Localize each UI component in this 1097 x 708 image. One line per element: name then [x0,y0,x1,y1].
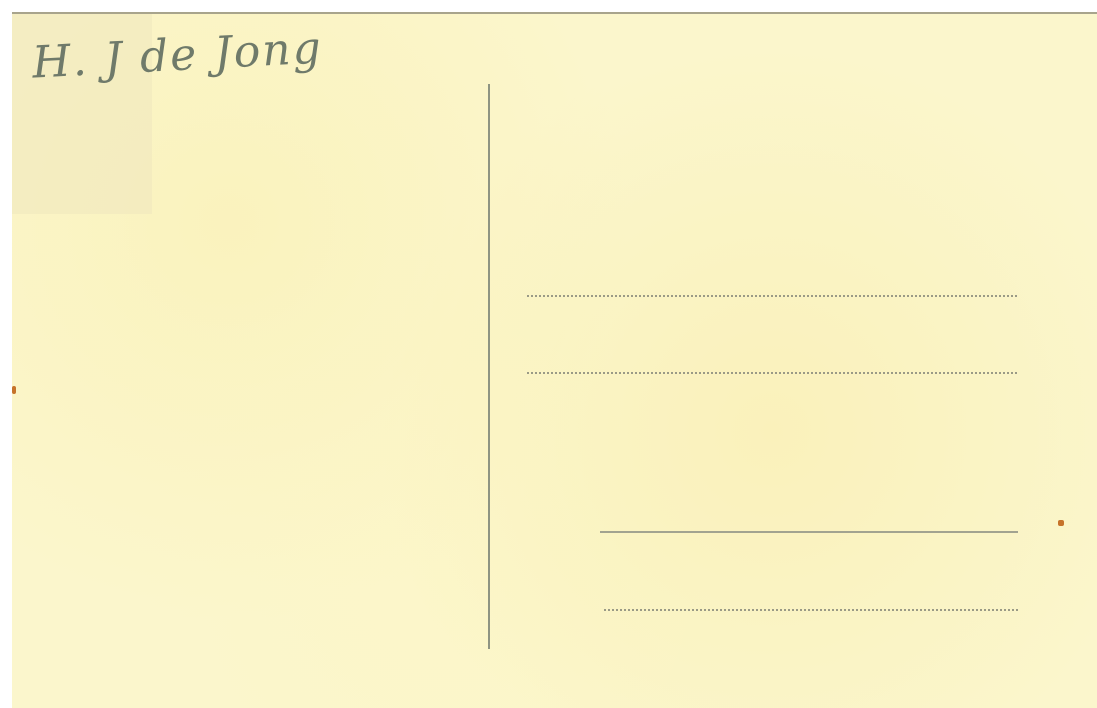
address-line-4 [604,609,1018,611]
center-divider [488,84,490,649]
address-line-1 [527,295,1017,297]
address-line-3 [600,531,1018,533]
edge-mark [12,386,16,394]
address-line-2 [527,372,1017,374]
postcard-back: H. J de Jong [12,12,1097,708]
stain-mark [1058,520,1064,526]
